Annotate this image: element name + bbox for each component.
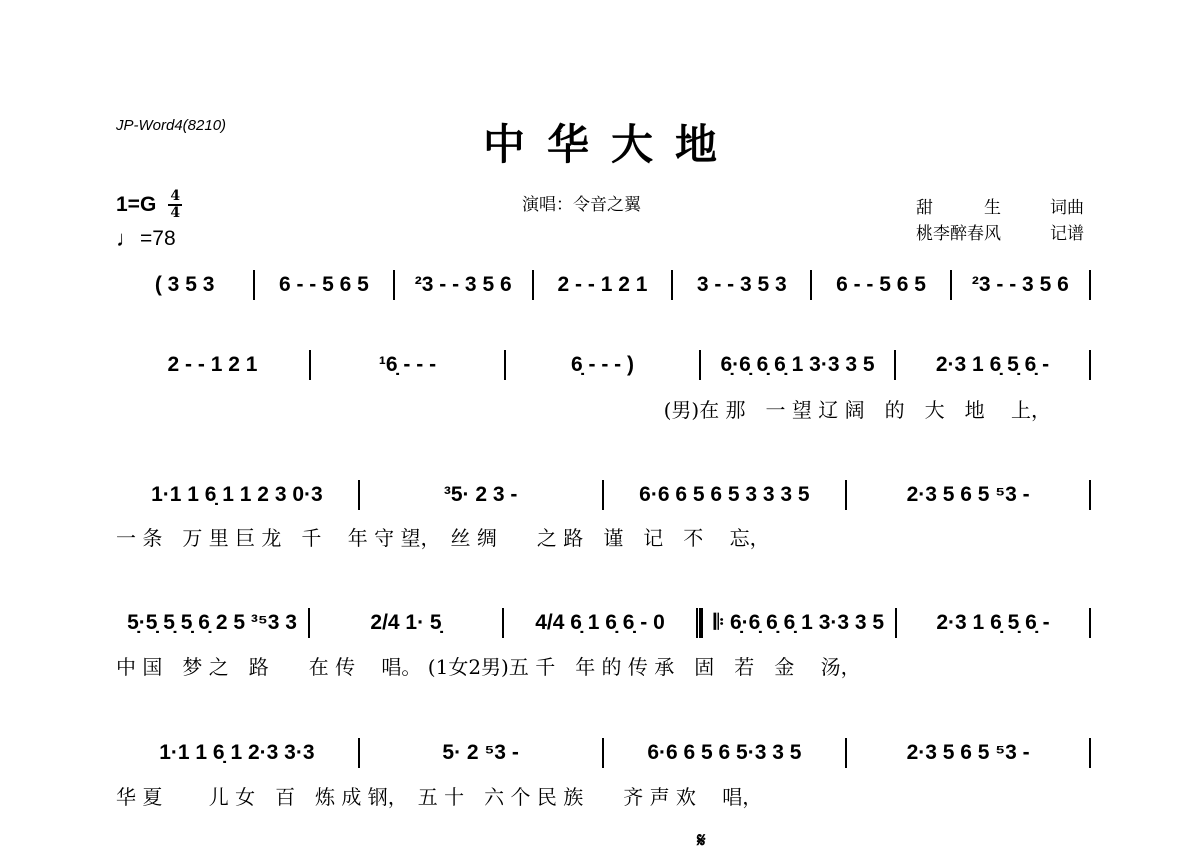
measure: 6̣·6̣ 6̣ 6̣ 1 3·3 3 5 — [701, 345, 894, 385]
measure: 2·3 1 6̣ 5̣ 6̣ - — [896, 345, 1089, 385]
measure: ( 3 5 3 — [116, 265, 253, 305]
score-row: ( 3 5 36 - - 5 6 5²3 - - 3 5 62 - - 1 2 … — [116, 265, 1091, 305]
measure: 4/4 6̣ 1 6̣ 6̣ - 0 — [504, 603, 696, 643]
lyrics-line: 一 条 万 里 巨 龙 千 年 守 望， 丝 绸 之 路 谨 记 不 忘， — [116, 522, 1091, 551]
lyrics-line: (男)在 那 一 望 辽 阔 的 大 地 上， — [116, 394, 1091, 423]
barline — [1089, 350, 1091, 380]
measure: 3 - - 3 5 3 — [673, 265, 810, 305]
measure: 1·1 1 6̣ 1 1 2 3 0·3 — [116, 475, 358, 515]
measure: 6 - - 5 6 5 — [255, 265, 392, 305]
measure: ²3 - - 3 5 6 — [395, 265, 532, 305]
barline — [1089, 608, 1091, 638]
segno-icon: 𝄋 — [697, 828, 706, 850]
measure: 2·3 5 6 5 ⁵3 - — [847, 475, 1089, 515]
credits: 甜 生 词曲 桃李醉春风 记谱 — [916, 195, 1084, 247]
measure: ¹6̣ - - - — [311, 345, 504, 385]
measure: 5· 2 ⁵3 - — [360, 733, 602, 773]
measure: 6·6 6 5 6 5 3 3 3 5 — [604, 475, 846, 515]
score-row: 5̣·5̣ 5̣ 5̣ 6̣ 2 5 ³⁵3 32/4 1· 5̣4/4 6̣ … — [116, 603, 1091, 643]
measure: 2 - - 1 2 1 — [116, 345, 309, 385]
measure: 6 - - 5 6 5 — [812, 265, 949, 305]
measure: 6·6 6 5 6 5·3 3 5 — [604, 733, 846, 773]
measure: ²3 - - 3 5 6 — [952, 265, 1089, 305]
measure: 2·3 1 6̣ 5̣ 6̣ - — [897, 603, 1089, 643]
tempo-marking: ♩ =78 — [116, 226, 176, 252]
key-signature: 1=G 4 4 — [116, 190, 182, 220]
barline — [1089, 270, 1091, 300]
score-row: 1·1 1 6̣ 1 1 2 3 0·3³5· 2 3 -6·6 6 5 6 5… — [116, 475, 1091, 515]
singer-credit: 演唱：令音之翼 — [522, 190, 641, 215]
barline — [1089, 480, 1091, 510]
measure: ³5· 2 3 - — [360, 475, 602, 515]
time-signature: 4 4 — [168, 190, 182, 220]
repeat-barline — [696, 608, 703, 638]
measure: 2/4 1· 5̣ — [310, 603, 502, 643]
measure: 1·1 1 6̣ 1 2·3 3·3 — [116, 733, 358, 773]
song-title: 中华大地 — [0, 112, 1200, 172]
measure: 2·3 5 6 5 ⁵3 - — [847, 733, 1089, 773]
quarter-note-icon: ♩ — [116, 226, 138, 252]
tempo-value: =78 — [140, 227, 176, 251]
measure: 5̣·5̣ 5̣ 5̣ 6̣ 2 5 ³⁵3 3 — [116, 603, 308, 643]
measure: 2 - - 1 2 1 — [534, 265, 671, 305]
lyrics-line: 中 国 梦 之 路 在 传 唱。 (1女2男)五 千 年 的 传 承 固 若 金… — [116, 651, 1091, 680]
transcriber-credit: 桃李醉春风 记谱 — [916, 221, 1084, 247]
measure: 𝄆 6̣·6̣ 6̣ 6̣ 1 3·3 3 5 — [703, 603, 895, 643]
key-label: 1=G — [116, 193, 156, 217]
score-row: 1·1 1 6̣ 1 2·3 3·35· 2 ⁵3 -6·6 6 5 6 5·3… — [116, 733, 1091, 773]
measure: 6̣ - - - ) — [506, 345, 699, 385]
composer-credit: 甜 生 词曲 — [916, 195, 1084, 221]
barline — [1089, 738, 1091, 768]
lyrics-line: 华 夏 儿 女 百 炼 成 钢， 五 十 六 个 民 族 齐 声 欢 唱， — [116, 781, 1091, 810]
score-row: 2 - - 1 2 1¹6̣ - - -6̣ - - - )6̣·6̣ 6̣ 6… — [116, 345, 1091, 385]
